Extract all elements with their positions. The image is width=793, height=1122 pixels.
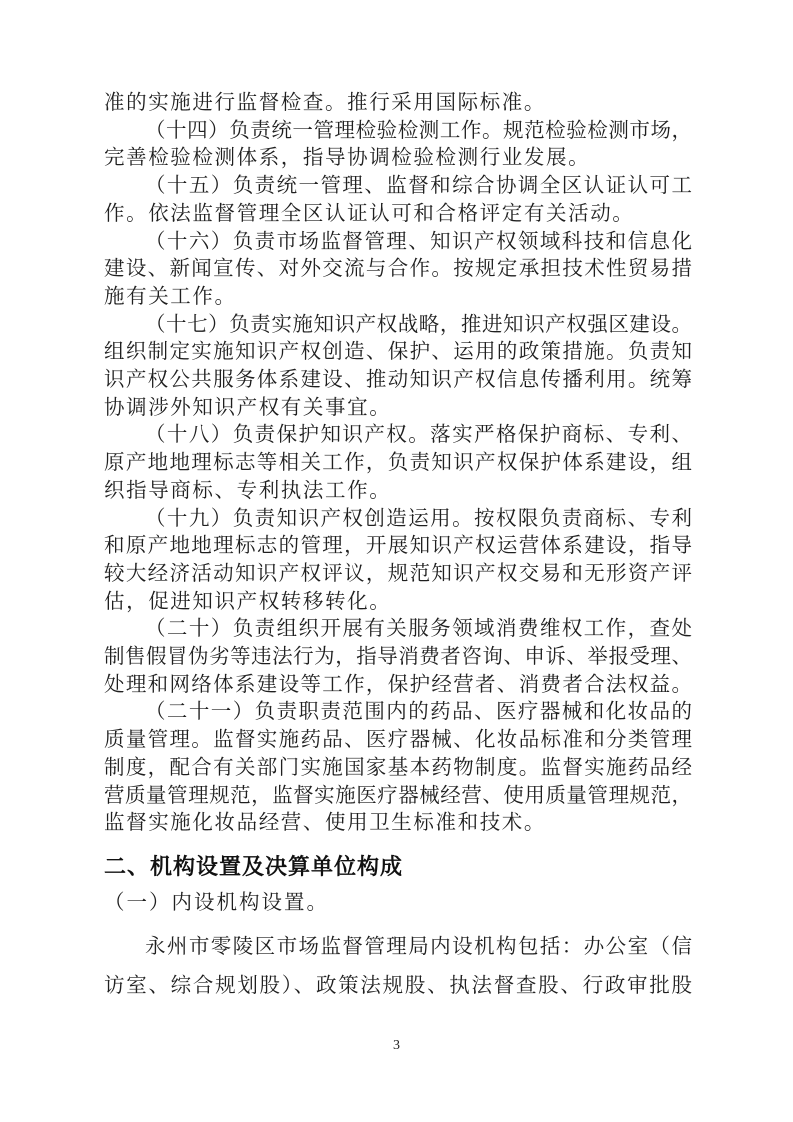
page-number: 3 — [0, 1038, 793, 1054]
document-body: 准的实施进行监督检查。推行采用国际标准。（十四）负责统一管理检验检测工作。规范检… — [104, 90, 692, 1006]
section-heading: 二、机构设置及决算单位构成 — [104, 852, 692, 882]
body-paragraph-lines: 准的实施进行监督检查。推行采用国际标准。（十四）负责统一管理检验检测工作。规范检… — [104, 90, 692, 838]
document-page: 准的实施进行监督检查。推行采用国际标准。（十四）负责统一管理检验检测工作。规范检… — [0, 0, 793, 1122]
text-line: （十六）负责市场监督管理、知识产权领域科技和信息化 — [104, 229, 692, 257]
closing-paragraph-lines: 永州市零陵区市场监督管理局内设机构包括：办公室（信访室、综合规划股）、政策法规股… — [104, 928, 692, 1006]
text-line: 作。依法监督管理全区认证认可和合格评定有关活动。 — [104, 201, 692, 229]
text-line: 质量管理。监督实施药品、医疗器械、化妆品标准和分类管理 — [104, 727, 692, 755]
text-line: 制度，配合有关部门实施国家基本药物制度。监督实施药品经 — [104, 755, 692, 783]
text-line: 处理和网络体系建设等工作，保护经营者、消费者合法权益。 — [104, 672, 692, 700]
text-line: （十五）负责统一管理、监督和综合协调全区认证认可工 — [104, 173, 692, 201]
text-line: 监督实施化妆品经营、使用卫生标准和技术。 — [104, 810, 692, 838]
text-line: 永州市零陵区市场监督管理局内设机构包括：办公室（信 — [104, 928, 692, 967]
text-line: 协调涉外知识产权有关事宜。 — [104, 395, 692, 423]
text-line: 织指导商标、专利执法工作。 — [104, 478, 692, 506]
text-line: 完善检验检测体系，指导协调检验检测行业发展。 — [104, 145, 692, 173]
text-line: 访室、综合规划股）、政策法规股、执法督查股、行政审批股 — [104, 967, 692, 1006]
text-line: 和原产地地理标志的管理，开展知识产权运营体系建设，指导 — [104, 533, 692, 561]
text-line: 制售假冒伪劣等违法行为，指导消费者咨询、申诉、举报受理、 — [104, 644, 692, 672]
text-line: 建设、新闻宣传、对外交流与合作。按规定承担技术性贸易措 — [104, 256, 692, 284]
text-line: （二十一）负责职责范围内的药品、医疗器械和化妆品的 — [104, 699, 692, 727]
text-line: （十七）负责实施知识产权战略，推进知识产权强区建设。 — [104, 312, 692, 340]
text-line: （二十）负责组织开展有关服务领域消费维权工作，查处 — [104, 616, 692, 644]
text-line: （十八）负责保护知识产权。落实严格保护商标、专利、 — [104, 422, 692, 450]
text-line: 估，促进知识产权转移转化。 — [104, 589, 692, 617]
text-line: 较大经济活动知识产权评议，规范知识产权交易和无形资产评 — [104, 561, 692, 589]
text-line: （十九）负责知识产权创造运用。按权限负责商标、专利 — [104, 506, 692, 534]
text-line: 组织制定实施知识产权创造、保护、运用的政策措施。负责知 — [104, 339, 692, 367]
text-line: 准的实施进行监督检查。推行采用国际标准。 — [104, 90, 692, 118]
sub-heading: （一）内设机构设置。 — [104, 888, 692, 918]
text-line: 营质量管理规范，监督实施医疗器械经营、使用质量管理规范， — [104, 783, 692, 811]
text-line: 施有关工作。 — [104, 284, 692, 312]
text-line: 原产地地理标志等相关工作，负责知识产权保护体系建设，组 — [104, 450, 692, 478]
text-line: （十四）负责统一管理检验检测工作。规范检验检测市场， — [104, 118, 692, 146]
text-line: 识产权公共服务体系建设、推动知识产权信息传播利用。统筹 — [104, 367, 692, 395]
